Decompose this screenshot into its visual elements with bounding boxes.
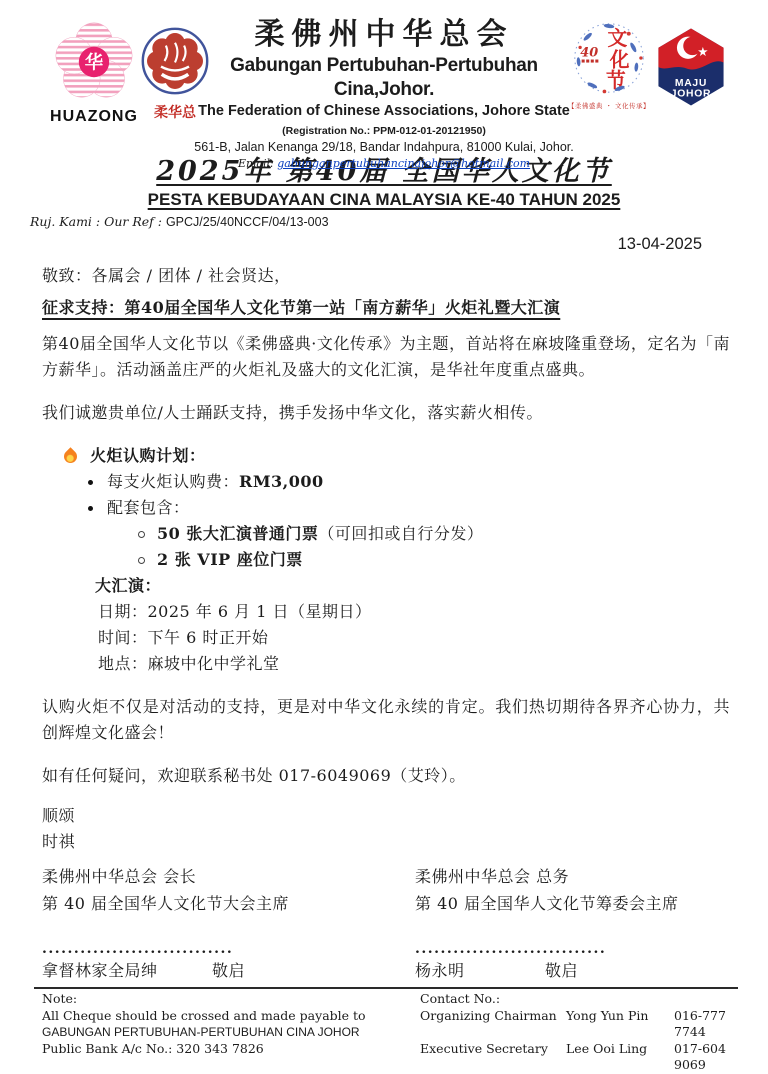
sig-left-title-1: 柔佛州中华总会 会长	[42, 863, 415, 890]
culture-festival-logo: 文 化 节 40 【柔佛盛典 ・ 文化传承】	[566, 20, 652, 110]
list-item-torch-fee: 每支火炬认购费：RM3,000	[88, 469, 730, 495]
event-title-malay: PESTA KEBUDAYAAN CINA MALAYSIA KE-40 TAH…	[0, 189, 768, 211]
contact-name: Yong Yun Pin	[566, 1008, 668, 1041]
contact-label: Contact No.:	[420, 991, 740, 1008]
bullet-dot-icon	[88, 506, 93, 511]
huazong-glyph: 华	[85, 51, 104, 73]
sig-right-suffix: 敬启	[545, 957, 578, 984]
bullet-dot-icon	[88, 480, 93, 485]
contact-row: Organizing Chairman Yong Yun Pin 016-777…	[420, 1008, 740, 1041]
list-item-vip-tickets: 2 张 VIP 座位门票	[138, 547, 730, 573]
gala-heading: 大汇演：	[95, 573, 730, 599]
letter-date: 13-04-2025	[0, 234, 768, 254]
association-seal-label: 柔华总	[136, 102, 214, 122]
contact-phone: 017-604 9069	[674, 1041, 740, 1074]
salutation: 敬致：各属会 / 团体 / 社会贤达，	[42, 263, 730, 289]
gala-venue: 地点：麻坡中化中学礼堂	[98, 651, 730, 677]
footer: Note: All Cheque should be crossed and m…	[0, 989, 768, 1074]
letter-body: 敬致：各属会 / 团体 / 社会贤达， 征求支持：第40届全国华人文化节第一站「…	[0, 263, 768, 984]
maju-johor-icon: ★ MAJU JOHOR	[654, 26, 728, 108]
flame-icon	[61, 447, 79, 465]
letterhead: 华 HUAZONG	[0, 16, 768, 156]
sig-right-name: 杨永明	[415, 957, 545, 984]
contact-block: Contact No.: Organizing Chairman Yong Yu…	[420, 991, 740, 1074]
org-name-english: The Federation of Chinese Associations, …	[184, 102, 584, 121]
huazong-label: HUAZONG	[48, 108, 140, 126]
signature-dotted-line: ..............................	[415, 941, 730, 957]
maju-text-line2: JOHOR	[671, 89, 712, 100]
note-line-1: All Cheque should be crossed and made pa…	[42, 1008, 420, 1025]
signature-left: 柔佛州中华总会 会长 第 40 届全国华人文化节大会主席 ...........…	[42, 863, 415, 984]
gala-time: 时间：下午 6 时正开始	[98, 625, 730, 651]
sig-left-title-2: 第 40 届全国华人文化节大会主席	[42, 890, 415, 917]
note-label: Note:	[42, 991, 420, 1008]
sig-left-name: 拿督林家全局绅	[42, 957, 212, 984]
registration-number: (Registration No.: PPM-012-01-20121950)	[184, 124, 584, 139]
email-label: Email:	[238, 157, 274, 170]
closing-line-2: 时祺	[42, 829, 730, 855]
association-seal-logo: 柔华总	[136, 26, 214, 122]
culture-festival-caption: 【柔佛盛典 ・ 文化传承】	[566, 101, 652, 110]
sig-left-suffix: 敬启	[212, 957, 245, 984]
signature-right: 柔佛州中华总会 总务 第 40 届全国华人文化节筹委会主席 ..........…	[415, 863, 730, 984]
paragraph-contact: 如有任何疑问，欢迎联系秘书处 017-6049069（艾玲）。	[42, 763, 730, 789]
ref-label: Ruj. Kami : Our Ref :	[30, 214, 162, 229]
org-email-line: Email: gabunganpertubuhancinajohor@hotma…	[184, 156, 584, 171]
signature-block: 柔佛州中华总会 会长 第 40 届全国华人文化节大会主席 ...........…	[42, 863, 730, 984]
paragraph-invitation: 我们诚邀贵单位/人士踊跃支持，携手发扬中华文化，落实薪火相传。	[42, 400, 730, 426]
letter-page: 华 HUAZONG	[0, 0, 768, 1074]
bullet-circle-icon	[138, 531, 145, 538]
note-payee-name: GABUNGAN PERTUBUHAN-PERTUBUHAN CINA JOHO…	[42, 1024, 420, 1041]
sig-right-title-1: 柔佛州中华总会 总务	[415, 863, 730, 890]
sig-right-title-2: 第 40 届全国华人文化节筹委会主席	[415, 890, 730, 917]
fest-char-wen: 文	[607, 26, 627, 50]
torch-plan-heading: 火炬认购计划：	[64, 443, 730, 469]
maju-johor-logo: ★ MAJU JOHOR	[652, 26, 730, 112]
closing-line-1: 顺颂	[42, 803, 730, 829]
list-item-package: 配套包含：	[88, 495, 730, 521]
contact-row: Executive Secretary Lee Ooi Ling 017-604…	[420, 1041, 740, 1074]
fest-char-jie: 节	[606, 68, 626, 92]
ref-number: GPCJ/25/40NCCF/04/13-003	[166, 215, 329, 229]
association-seal-icon	[140, 26, 210, 96]
org-name-chinese: 柔佛州中华总会	[184, 16, 584, 54]
contact-name: Lee Ooi Ling	[566, 1041, 668, 1074]
gala-date: 日期：2025 年 6 月 1 日（星期日）	[98, 599, 730, 625]
org-identity: 柔佛州中华总会 Gabungan Pertubuhan-Pertubuhan C…	[184, 16, 584, 171]
subject-line: 征求支持：第40届全国华人文化节第一站「南方薪华」火炬礼暨大汇演	[42, 295, 730, 321]
org-address: 561-B, Jalan Kenanga 29/18, Bandar Indah…	[184, 139, 584, 156]
fest-40-badge: 40	[580, 45, 598, 60]
torch-fee-value: RM3,000	[239, 472, 324, 491]
huazong-logo: 华 HUAZONG	[48, 22, 140, 126]
huazong-flower-icon: 华	[54, 22, 134, 102]
contact-role: Organizing Chairman	[420, 1008, 560, 1041]
email-link[interactable]: gabunganpertubuhancinajohor@hotmail.com	[277, 157, 530, 170]
maju-text-line1: MAJU	[675, 78, 707, 89]
reference-row: Ruj. Kami : Our Ref : GPCJ/25/40NCCF/04/…	[30, 214, 738, 230]
culture-festival-icon: 文 化 节 40	[571, 20, 647, 96]
org-name-malay: Gabungan Pertubuhan-Pertubuhan Cina,Joho…	[184, 54, 584, 102]
contact-phone: 016-777 7744	[674, 1008, 740, 1041]
paragraph-theme: 第40届全国华人文化节以《柔佛盛典·文化传承》为主题，首站将在麻坡隆重登场，定名…	[42, 331, 730, 383]
signature-dotted-line: ..............................	[42, 941, 415, 957]
paragraph-support: 认购火炬不仅是对活动的支持，更是对中华文化永续的肯定。我们热切期待各界齐心协力，…	[42, 694, 730, 746]
cheque-note: Note: All Cheque should be crossed and m…	[42, 991, 420, 1074]
bullet-circle-icon	[138, 557, 145, 564]
maju-star-icon: ★	[697, 44, 708, 59]
list-item-normal-tickets: 50 张大汇演普通门票（可回扣或自行分发）	[138, 521, 730, 547]
note-bank-account: Public Bank A/c No.: 320 343 7826	[42, 1041, 420, 1058]
contact-role: Executive Secretary	[420, 1041, 560, 1074]
